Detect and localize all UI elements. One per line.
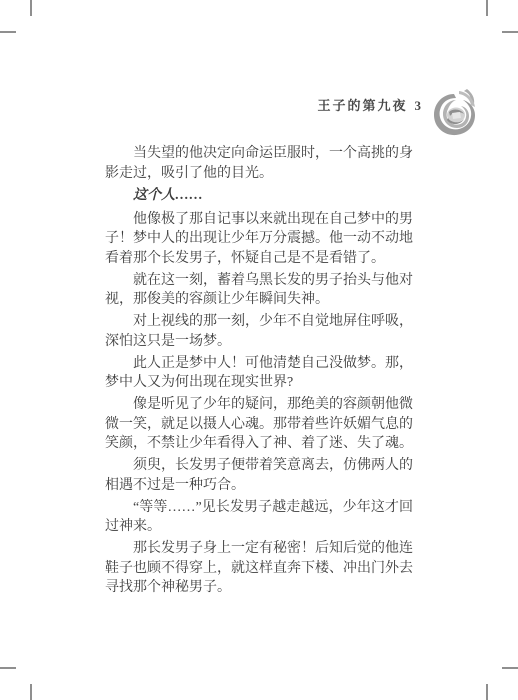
paragraph: “等等……”见长发男子越走越远，少年这才回过神来。 <box>105 498 413 537</box>
running-head: 王子的第九夜3 <box>317 88 421 114</box>
paragraph: 像是听见了少年的疑问，那绝美的容颜朝他微微一笑，就足以摄人心魂。那带着些许妖媚气… <box>105 395 413 454</box>
paragraph: 须臾，长发男子便带着笑意离去，仿佛两人的相遇不过是一种巧合。 <box>105 456 413 495</box>
page-number: 3 <box>415 98 422 113</box>
crop-mark-bottom-left-vertical <box>30 684 32 700</box>
crop-mark-bottom-left-horizontal <box>0 667 16 669</box>
crop-mark-top-left-horizontal <box>0 31 16 33</box>
paragraph: 当失望的他决定向命运臣服时，一个高挑的身影走过，吸引了他的目光。 <box>105 144 413 183</box>
paragraph: 那长发男子身上一定有秘密！后知后觉的他连鞋子也顾不得穿上，就这样直奔下楼、冲出门… <box>105 539 413 598</box>
crop-mark-bottom-right-horizontal <box>502 667 518 669</box>
paragraph: 对上视线的那一刻，少年不自觉地屏住呼吸，深怕这只是一场梦。 <box>105 312 413 351</box>
crop-mark-top-left-vertical <box>30 0 32 16</box>
crop-mark-top-right-horizontal <box>502 31 518 33</box>
paragraph: 此人正是梦中人！可他清楚自己没做梦。那，梦中人又为何出现在现实世界? <box>105 354 413 393</box>
body-text: 当失望的他决定向命运臣服时，一个高挑的身影走过，吸引了他的目光。 这个人…… 他… <box>105 144 413 600</box>
paragraph-emphasis: 这个人…… <box>105 186 413 206</box>
crop-mark-bottom-right-vertical <box>486 684 488 700</box>
page-header: 王子的第九夜3 <box>317 88 478 140</box>
phoenix-swirl-icon <box>430 88 478 140</box>
book-title: 王子的第九夜 <box>317 98 407 113</box>
book-page: 王子的第九夜3 当失望的他决定向命运臣服时，一个高挑的身影走过，吸引了他的目光。… <box>0 0 518 700</box>
paragraph: 他像极了那自记事以来就出现在自己梦中的男子！梦中人的出现让少年万分震撼。他一动不… <box>105 210 413 269</box>
crop-mark-top-right-vertical <box>486 0 488 16</box>
paragraph: 就在这一刻，蓄着乌黑长发的男子抬头与他对视，那俊美的容颜让少年瞬间失神。 <box>105 271 413 310</box>
